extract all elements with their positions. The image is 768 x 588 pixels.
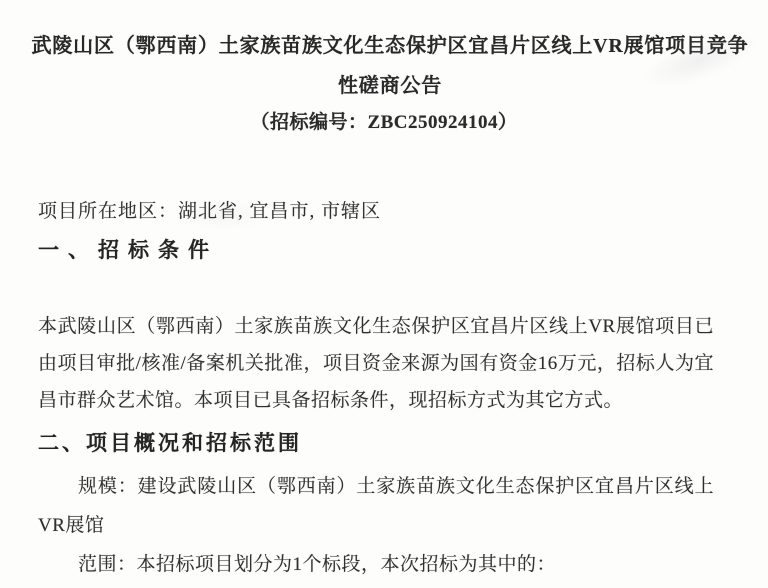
project-scope-line: 范围：本招标项目划分为1个标段，本次招标为其中的：	[38, 545, 714, 584]
document-title: 武陵山区（鄂西南）土家族苗族文化生态保护区宜昌片区线上VR展馆项目竞争 性磋商公…	[0, 26, 768, 106]
project-location-line: 项目所在地区：湖北省, 宜昌市, 市辖区	[38, 198, 714, 226]
bid-number-line: （招标编号：ZBC250924104）	[0, 110, 768, 136]
document-title-line-1: 武陵山区（鄂西南）土家族苗族文化生态保护区宜昌片区线上VR展馆项目竞争	[12, 26, 768, 66]
document-body: 项目所在地区：湖北省, 宜昌市, 市辖区 一、招标条件 本武陵山区（鄂西南）土家…	[0, 198, 768, 584]
section-heading-bidding-conditions: 一、招标条件	[38, 236, 714, 264]
section-heading-project-overview: 二、项目概况和招标范围	[38, 429, 714, 457]
project-scale-paragraph: 规模：建设武陵山区（鄂西南）土家族苗族文化生态保护区宜昌片区线上VR展馆	[38, 467, 714, 545]
bidding-conditions-paragraph: 本武陵山区（鄂西南）土家族苗族文化生态保护区宜昌片区线上VR展馆项目已由项目审批…	[38, 308, 714, 419]
document-title-line-2: 性磋商公告	[12, 66, 768, 106]
scanned-document-page: 武陵山区（鄂西南）土家族苗族文化生态保护区宜昌片区线上VR展馆项目竞争 性磋商公…	[0, 0, 768, 588]
